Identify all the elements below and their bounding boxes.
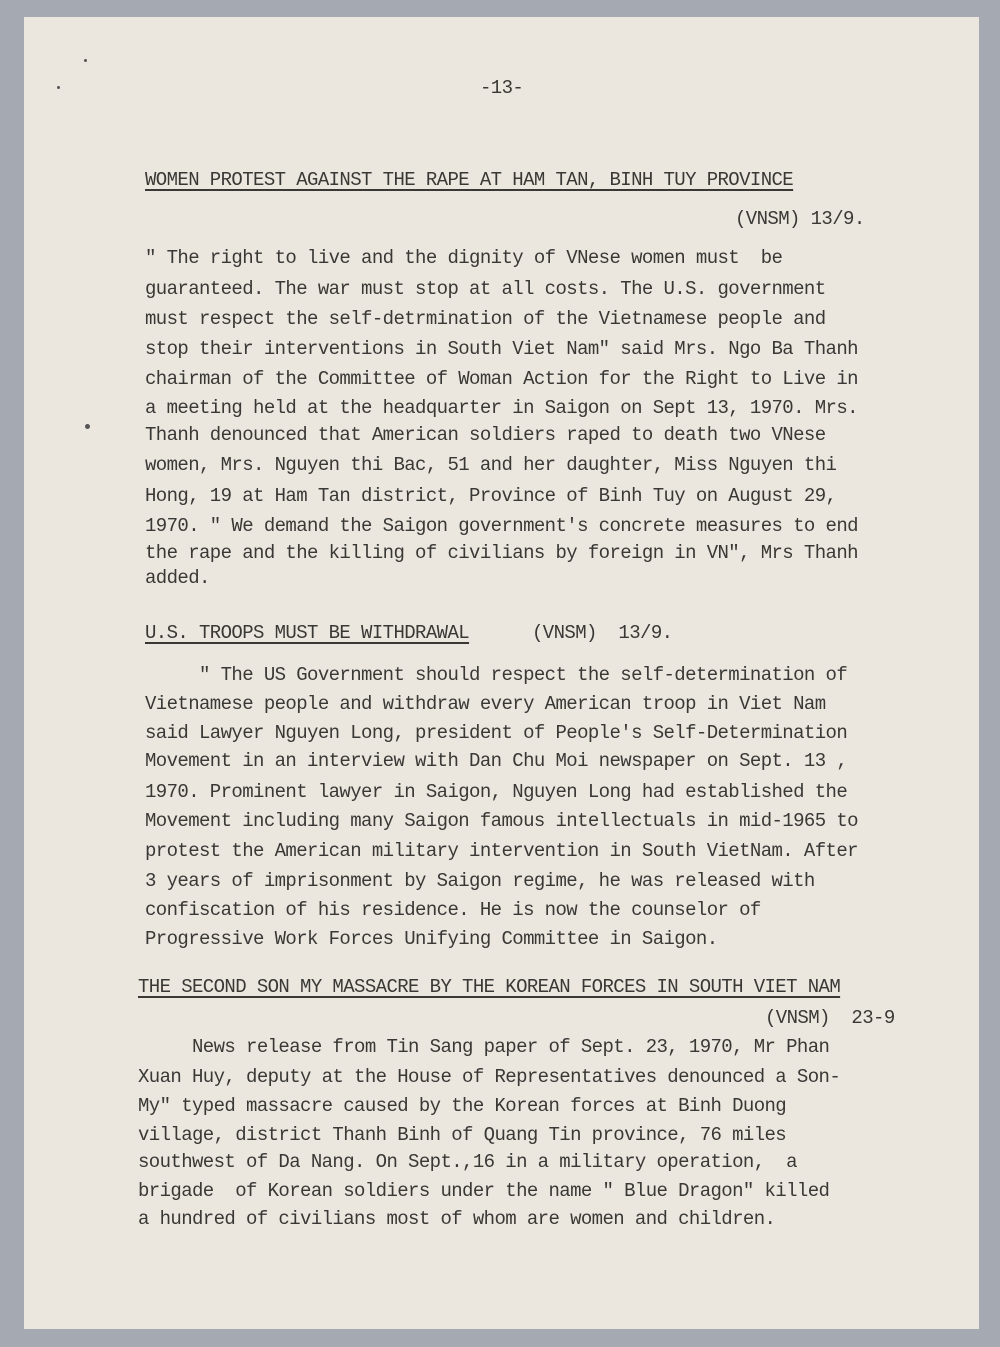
article-source: (VNSM) 23-9 [765, 1007, 895, 1029]
body-line: chairman of the Committee of Woman Actio… [145, 368, 858, 390]
body-line: " The US Government should respect the s… [145, 664, 847, 686]
body-line: added. [145, 567, 210, 589]
body-line: the rape and the killing of civilians by… [145, 542, 858, 564]
body-line: 1970. " We demand the Saigon government'… [145, 515, 858, 537]
body-line: Thanh denounced that American soldiers r… [145, 424, 826, 446]
body-line: a meeting held at the headquarter in Sai… [145, 397, 858, 419]
article-source: (VNSM) 13/9. [735, 208, 865, 230]
body-line: Xuan Huy, deputy at the House of Represe… [138, 1066, 840, 1088]
body-line: women, Mrs. Nguyen thi Bac, 51 and her d… [145, 454, 836, 476]
body-line: village, district Thanh Binh of Quang Ti… [138, 1124, 786, 1146]
body-line: News release from Tin Sang paper of Sept… [138, 1036, 829, 1058]
body-line: protest the American military interventi… [145, 840, 858, 862]
body-line: guaranteed. The war must stop at all cos… [145, 278, 826, 300]
article-source: (VNSM) 13/9. [532, 622, 672, 644]
body-line: My" typed massacre caused by the Korean … [138, 1095, 786, 1117]
body-line: 3 years of imprisonment by Saigon regime… [145, 870, 815, 892]
body-line: Movement in an interview with Dan Chu Mo… [145, 750, 847, 772]
body-line: southwest of Da Nang. On Sept.,16 in a m… [138, 1151, 797, 1173]
paper-speck [85, 424, 90, 429]
body-line: brigade of Korean soldiers under the nam… [138, 1180, 829, 1202]
body-line: Hong, 19 at Ham Tan district, Province o… [145, 485, 836, 507]
paper-speck [57, 86, 60, 89]
body-line: Vietnamese people and withdraw every Ame… [145, 693, 826, 715]
body-line: a hundred of civilians most of whom are … [138, 1208, 775, 1230]
body-line: stop their interventions in South Viet N… [145, 338, 858, 360]
body-line: Movement including many Saigon famous in… [145, 810, 858, 832]
paper-speck [84, 59, 87, 62]
body-line: confiscation of his residence. He is now… [145, 899, 761, 921]
article-heading: WOMEN PROTEST AGAINST THE RAPE AT HAM TA… [145, 169, 793, 191]
body-line: " The right to live and the dignity of V… [145, 247, 782, 269]
body-line: said Lawyer Nguyen Long, president of Pe… [145, 722, 847, 744]
page-number: -13- [480, 77, 523, 99]
body-line: 1970. Prominent lawyer in Saigon, Nguyen… [145, 781, 847, 803]
body-line: must respect the self-detrmination of th… [145, 308, 826, 330]
article-heading: THE SECOND SON MY MASSACRE BY THE KOREAN… [138, 976, 840, 998]
body-line: Progressive Work Forces Unifying Committ… [145, 928, 718, 950]
article-heading: U.S. TROOPS MUST BE WITHDRAWAL [145, 622, 469, 644]
